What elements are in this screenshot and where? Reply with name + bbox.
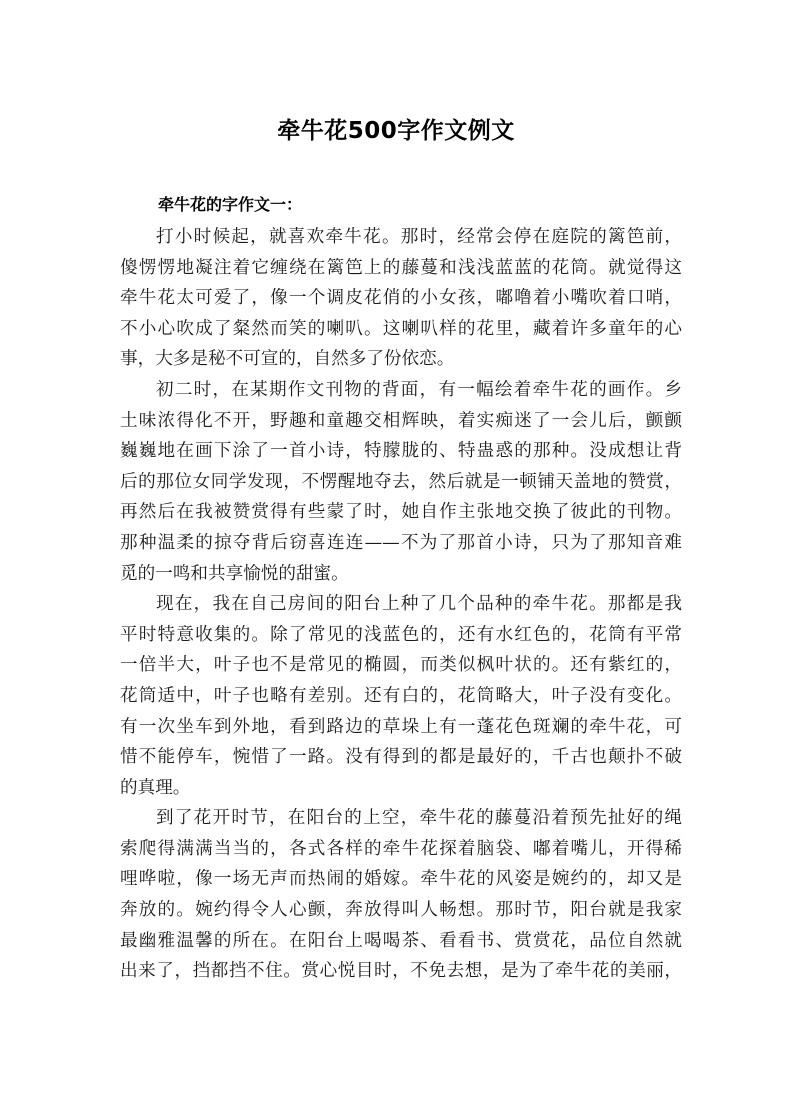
text-line: 那种温柔的掠夺背后窃喜连连——不为了那首小诗，只为了那知音难 (120, 528, 682, 559)
text-line: 事，大多是秘不可宣的，自然多了份依恋。 (120, 344, 682, 375)
text-line: 不小心吹成了粲然而笑的喇叭。这喇叭样的花里，藏着许多童年的心 (120, 314, 682, 345)
section-heading: 牵牛花的字作文一： (158, 192, 302, 215)
text-line: 初二时，在某期作文刊物的背面，有一幅绘着牵牛花的画作。乡 (120, 375, 682, 406)
text-line: 再然后在我被赞赏得有些蒙了时，她自作主张地交换了彼此的刊物。 (120, 497, 682, 528)
paragraph-1: 打小时候起，就喜欢牵牛花。那时，经常会停在庭院的篱笆前， 傻愣愣地凝注着它缠绕在… (120, 222, 682, 375)
text-line: 出来了，挡都挡不住。赏心悦目时，不免去想，是为了牵牛花的美丽， (120, 956, 682, 987)
text-line: 打小时候起，就喜欢牵牛花。那时，经常会停在庭院的篱笆前， (120, 222, 682, 253)
text-line: 惜不能停车，惋惜了一路。没有得到的都是最好的，千古也颠扑不破 (120, 742, 682, 773)
text-line: 巍巍地在画下涂了一首小诗，特朦胧的、特蛊惑的那种。没成想让背 (120, 436, 682, 467)
text-line: 有一次坐车到外地，看到路边的草垛上有一蓬花色斑斓的牵牛花，可 (120, 712, 682, 743)
paragraph-4: 到了花开时节，在阳台的上空，牵牛花的藤蔓沿着预先扯好的绳 索爬得满满当当的，各式… (120, 803, 682, 987)
text-line: 的真理。 (120, 773, 682, 804)
text-line: 现在，我在自己房间的阳台上种了几个品种的牵牛花。那都是我 (120, 589, 682, 620)
document-title: 牵牛花500字作文例文 (0, 112, 792, 145)
text-line: 一倍半大，叶子也不是常见的椭圆，而类似枫叶状的。还有紫红的， (120, 650, 682, 681)
text-line: 觅的一鸣和共享愉悦的甜蜜。 (120, 559, 682, 590)
document-body: 打小时候起，就喜欢牵牛花。那时，经常会停在庭院的篱笆前， 傻愣愣地凝注着它缠绕在… (120, 222, 682, 987)
text-line: 平时特意收集的。除了常见的浅蓝色的，还有水红色的，花筒有平常 (120, 620, 682, 651)
paragraph-3: 现在，我在自己房间的阳台上种了几个品种的牵牛花。那都是我 平时特意收集的。除了常… (120, 589, 682, 803)
text-line: 傻愣愣地凝注着它缠绕在篱笆上的藤蔓和浅浅蓝蓝的花筒。就觉得这 (120, 253, 682, 284)
paragraph-2: 初二时，在某期作文刊物的背面，有一幅绘着牵牛花的画作。乡 土味浓得化不开，野趣和… (120, 375, 682, 589)
document-page: 牵牛花500字作文例文 牵牛花的字作文一： 打小时候起，就喜欢牵牛花。那时，经常… (0, 0, 792, 1120)
text-line: 最幽雅温馨的所在。在阳台上喝喝茶、看看书、赏赏花，品位自然就 (120, 926, 682, 957)
text-line: 索爬得满满当当的，各式各样的牵牛花探着脑袋、嘟着嘴儿，开得稀 (120, 834, 682, 865)
text-line: 花筒适中，叶子也略有差别。还有白的，花筒略大，叶子没有变化。 (120, 681, 682, 712)
text-line: 后的那位女同学发现，不愣醒地夺去，然后就是一顿铺天盖地的赞赏， (120, 467, 682, 498)
text-line: 哩哗啦，像一场无声而热闹的婚嫁。牵牛花的风姿是婉约的，却又是 (120, 864, 682, 895)
text-line: 奔放的。婉约得令人心颤，奔放得叫人畅想。那时节，阳台就是我家 (120, 895, 682, 926)
text-line: 到了花开时节，在阳台的上空，牵牛花的藤蔓沿着预先扯好的绳 (120, 803, 682, 834)
text-line: 土味浓得化不开，野趣和童趣交相辉映，着实痴迷了一会儿后，颤颤 (120, 406, 682, 437)
text-line: 牵牛花太可爱了，像一个调皮花俏的小女孩，嘟噜着小嘴吹着口哨， (120, 283, 682, 314)
